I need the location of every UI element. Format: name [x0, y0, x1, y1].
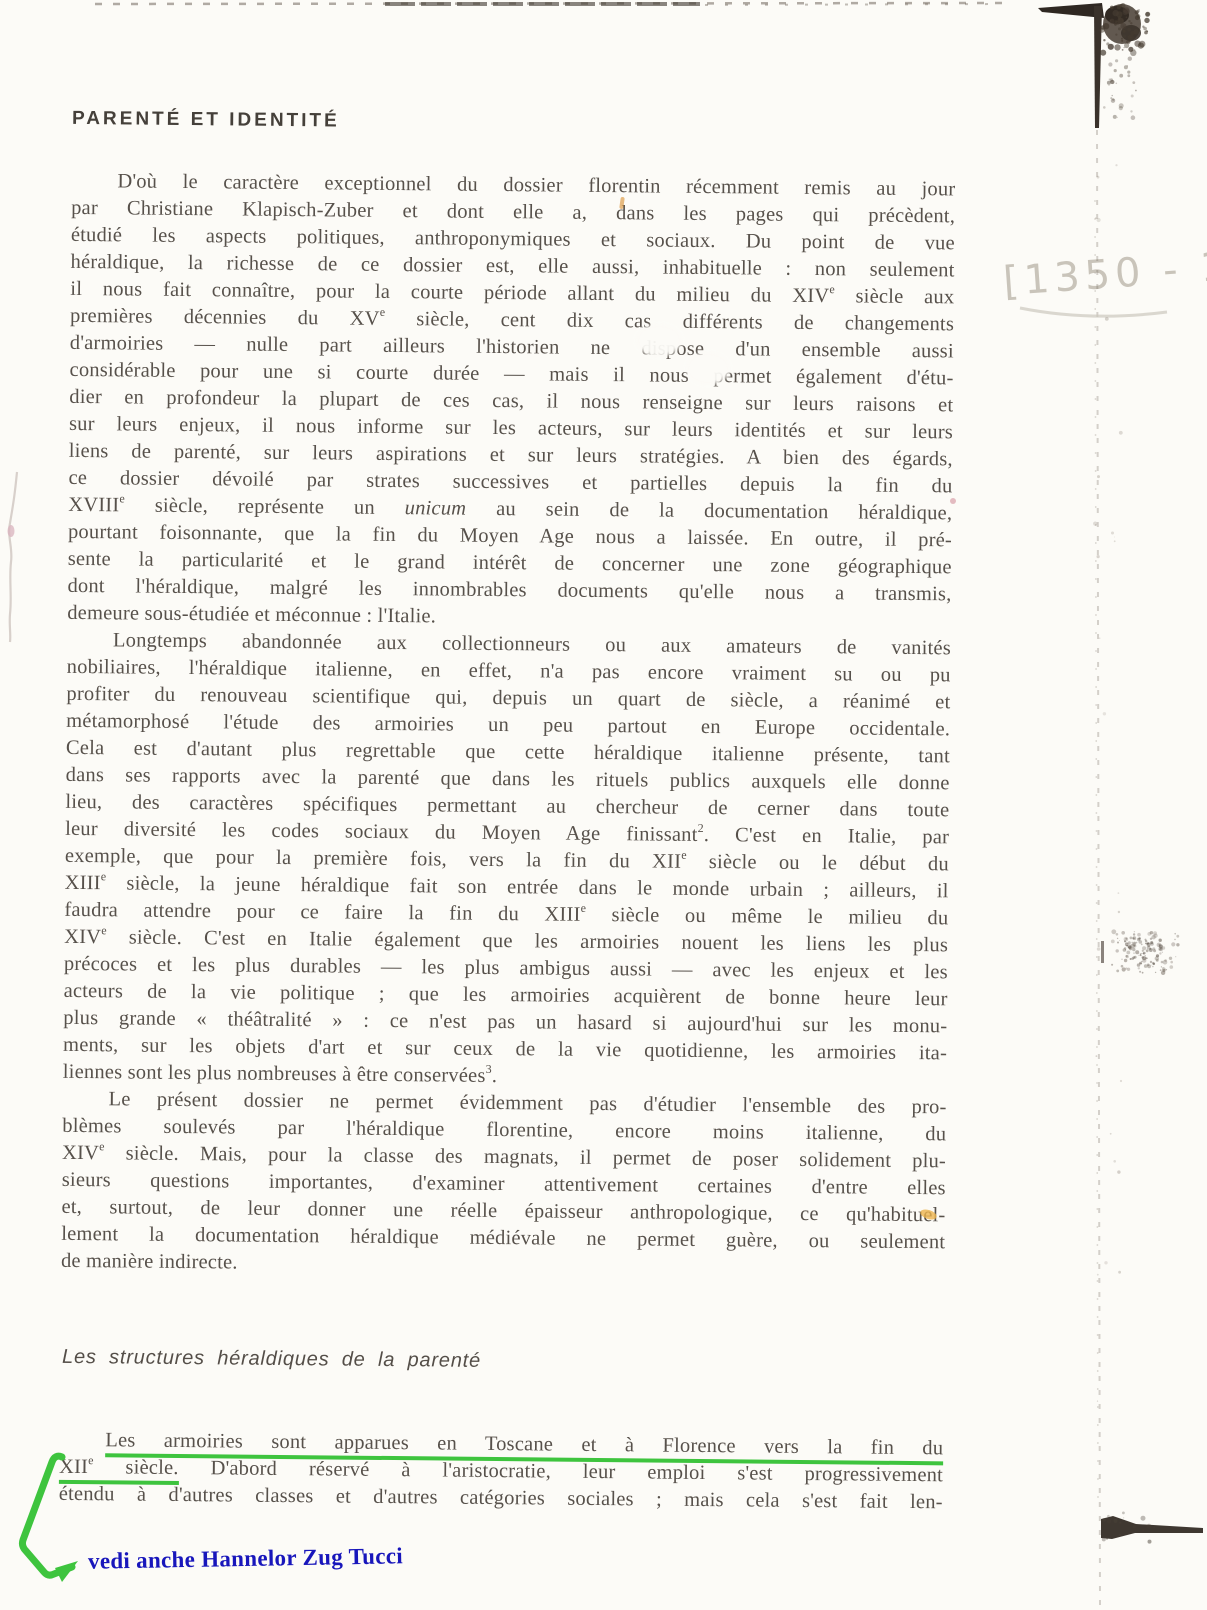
scan-blot: [690, 356, 726, 381]
scan-speckles: [1093, 3, 1180, 1544]
bottom-streak: [1101, 1516, 1203, 1539]
left-fold-line: [8, 472, 18, 642]
page-content: PARENTÉ ET IDENTITÉ D'où le caractère ex…: [59, 108, 956, 1516]
pink-speck: [950, 498, 956, 504]
body-block-upper: D'où le caractère exceptionnel du dossie…: [61, 168, 956, 1283]
body-block-lower: Les armoiries sont apparues en Toscane e…: [59, 1427, 944, 1516]
scanned-page: PARENTÉ ET IDENTITÉ D'où le caractère ex…: [0, 0, 1207, 1610]
section-heading: Les structures héraldiques de la parenté: [62, 1345, 944, 1377]
pencil-underline: [1020, 308, 1167, 316]
smudge-tick: [1101, 941, 1104, 963]
page-header: PARENTÉ ET IDENTITÉ: [72, 108, 956, 138]
pencil-margin-note: [1350 - 1450: [1002, 237, 1207, 305]
scan-blot: [640, 328, 678, 353]
top-edge-noise: [95, 3, 1005, 5]
ink-handwritten-note: vedi anche Hannelor Zug Tucci: [88, 1543, 403, 1574]
binding-mark: [1038, 3, 1141, 1605]
